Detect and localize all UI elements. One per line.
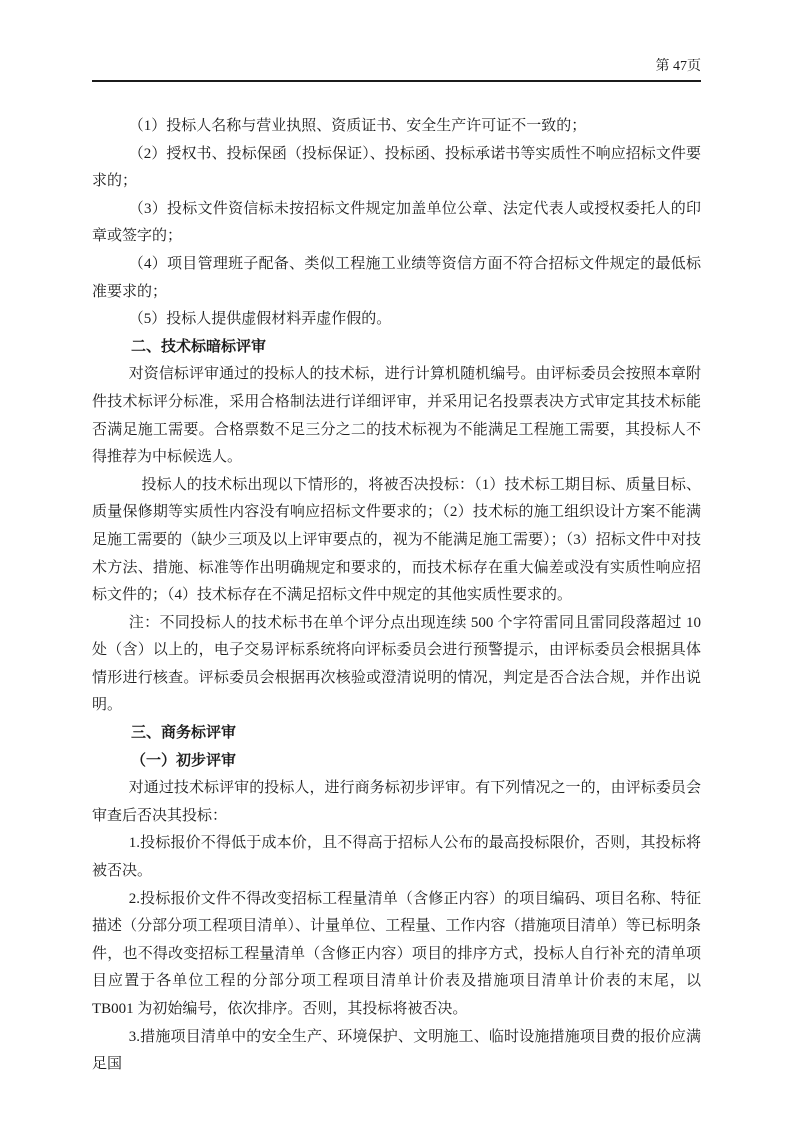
heading-technical-bid-blind-review: 二、技术标暗标评审 (92, 334, 701, 362)
paragraph-note-plagiarism-warning: 注：不同投标人的技术标书在单个评分点出现连续 500 个字符雷同且雷同段落超过 … (92, 610, 701, 720)
clause-4: （4）项目管理班子配备、类似工程施工业绩等资信方面不符合招标文件规定的最低标准要… (92, 251, 701, 306)
clause-3: （3）投标文件资信标未按招标文件规定加盖单位公章、法定代表人或授权委托人的印章或… (92, 196, 701, 251)
paragraph-rule-3-measure-fees: 3.措施项目清单中的安全生产、环境保护、文明施工、临时设施措施项目费的报价应满足… (92, 1024, 701, 1079)
clause-5: （5）投标人提供虚假材料弄虚作假的。 (92, 306, 701, 334)
heading-preliminary-review: （一）初步评审 (92, 748, 701, 776)
page-number: 第 47页 (656, 59, 702, 74)
paragraph-rule-1-price-limits: 1.投标报价不得低于成本价，且不得高于招标人公布的最高投标限价，否则，其投标将被… (92, 830, 701, 885)
document-body: （1）投标人名称与营业执照、资质证书、安全生产许可证不一致的； （2）授权书、投… (92, 113, 701, 1079)
paragraph-technical-review-process: 对资信标评审通过的投标人的技术标，进行计算机随机编号。由评标委员会按照本章附件技… (92, 361, 701, 471)
paragraph-rule-2-boq-requirements: 2.投标报价文件不得改变招标工程量清单（含修正内容）的项目编码、项目名称、特征描… (92, 886, 701, 1024)
page-header: 第 47页 (92, 0, 701, 82)
clause-1: （1）投标人名称与营业执照、资质证书、安全生产许可证不一致的； (92, 113, 701, 141)
document-page: 第 47页 （1）投标人名称与营业执照、资质证书、安全生产许可证不一致的； （2… (0, 0, 793, 1122)
clause-2: （2）授权书、投标保函（投标保证）、投标函、投标承诺书等实质性不响应招标文件要求… (92, 141, 701, 196)
paragraph-technical-rejection-cases: 投标人的技术标出现以下情形的，将被否决投标：（1）技术标工期目标、质量目标、质量… (92, 472, 701, 610)
paragraph-preliminary-review-intro: 对通过技术标评审的投标人，进行商务标初步评审。有下列情况之一的，由评标委员会审查… (92, 775, 701, 830)
heading-commercial-bid-review: 三、商务标评审 (92, 720, 701, 748)
